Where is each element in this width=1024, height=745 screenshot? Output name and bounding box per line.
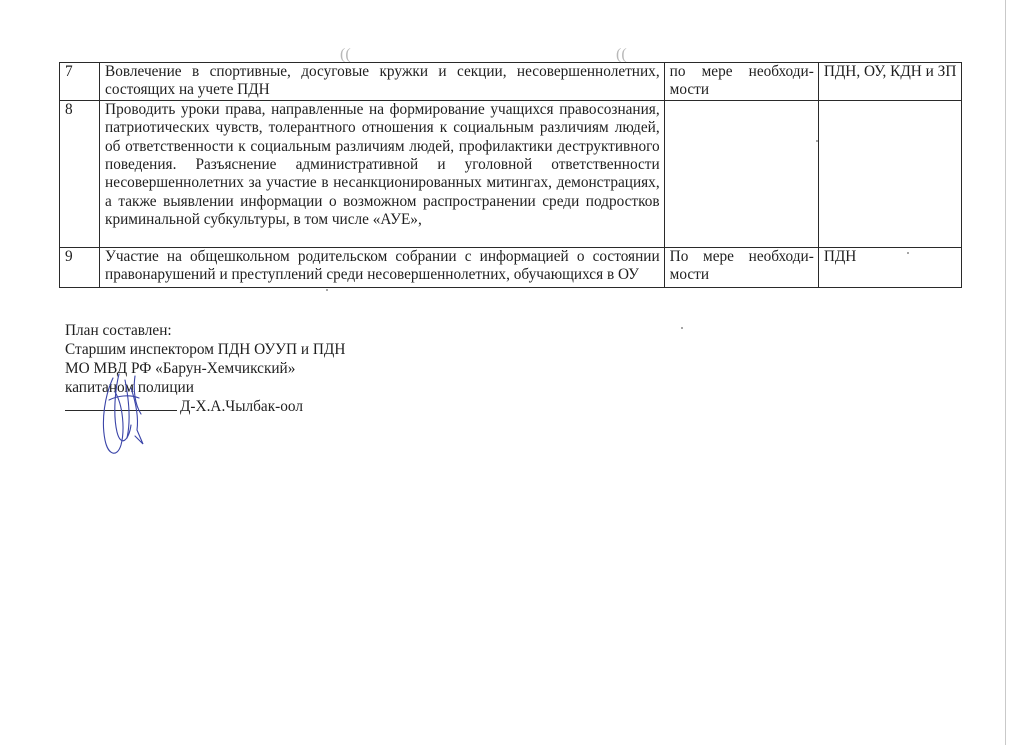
row-number: 9 bbox=[60, 247, 100, 287]
table-row: 9 Участие на общешкольном родительском с… bbox=[60, 247, 962, 287]
activity-plan-table: 7 Вовлечение в спортивные, досуговые кру… bbox=[59, 62, 962, 288]
row-number: 7 bbox=[60, 63, 100, 101]
author-position: Старшим инспектором ПДН ОУУП и ПДН bbox=[65, 340, 345, 359]
handwritten-signature bbox=[95, 370, 155, 460]
activity-description: Участие на общешкольном родительском соб… bbox=[100, 247, 665, 287]
scan-artifact: (( bbox=[340, 47, 351, 63]
footer-caption: План составлен: bbox=[65, 321, 345, 340]
scan-artifact: (( bbox=[616, 47, 627, 63]
table-row: 8 Проводить уроки права, направленные на… bbox=[60, 100, 962, 247]
row-number: 8 bbox=[60, 100, 100, 247]
scan-artifact bbox=[816, 140, 818, 142]
scan-artifact bbox=[326, 289, 328, 291]
signatory-name: Д-Х.А.Чылбак-оол bbox=[180, 398, 303, 415]
activity-description: Вовлечение в спортивные, досуговые кружк… bbox=[100, 63, 665, 101]
scan-edge bbox=[1005, 0, 1006, 745]
scan-artifact bbox=[907, 252, 909, 254]
activity-description: Проводить уроки права, направленные на ф… bbox=[100, 100, 665, 247]
table-row: 7 Вовлечение в спортивные, досуговые кру… bbox=[60, 63, 962, 101]
activity-responsible: ПДН bbox=[818, 247, 961, 287]
activity-responsible bbox=[818, 100, 961, 247]
activity-responsible: ПДН, ОУ, КДН и ЗП bbox=[818, 63, 961, 101]
scan-artifact bbox=[681, 327, 683, 329]
activity-deadline: по мере необходи-мости bbox=[664, 63, 818, 101]
activity-deadline bbox=[664, 100, 818, 247]
activity-deadline: По мере необходи-мости bbox=[664, 247, 818, 287]
